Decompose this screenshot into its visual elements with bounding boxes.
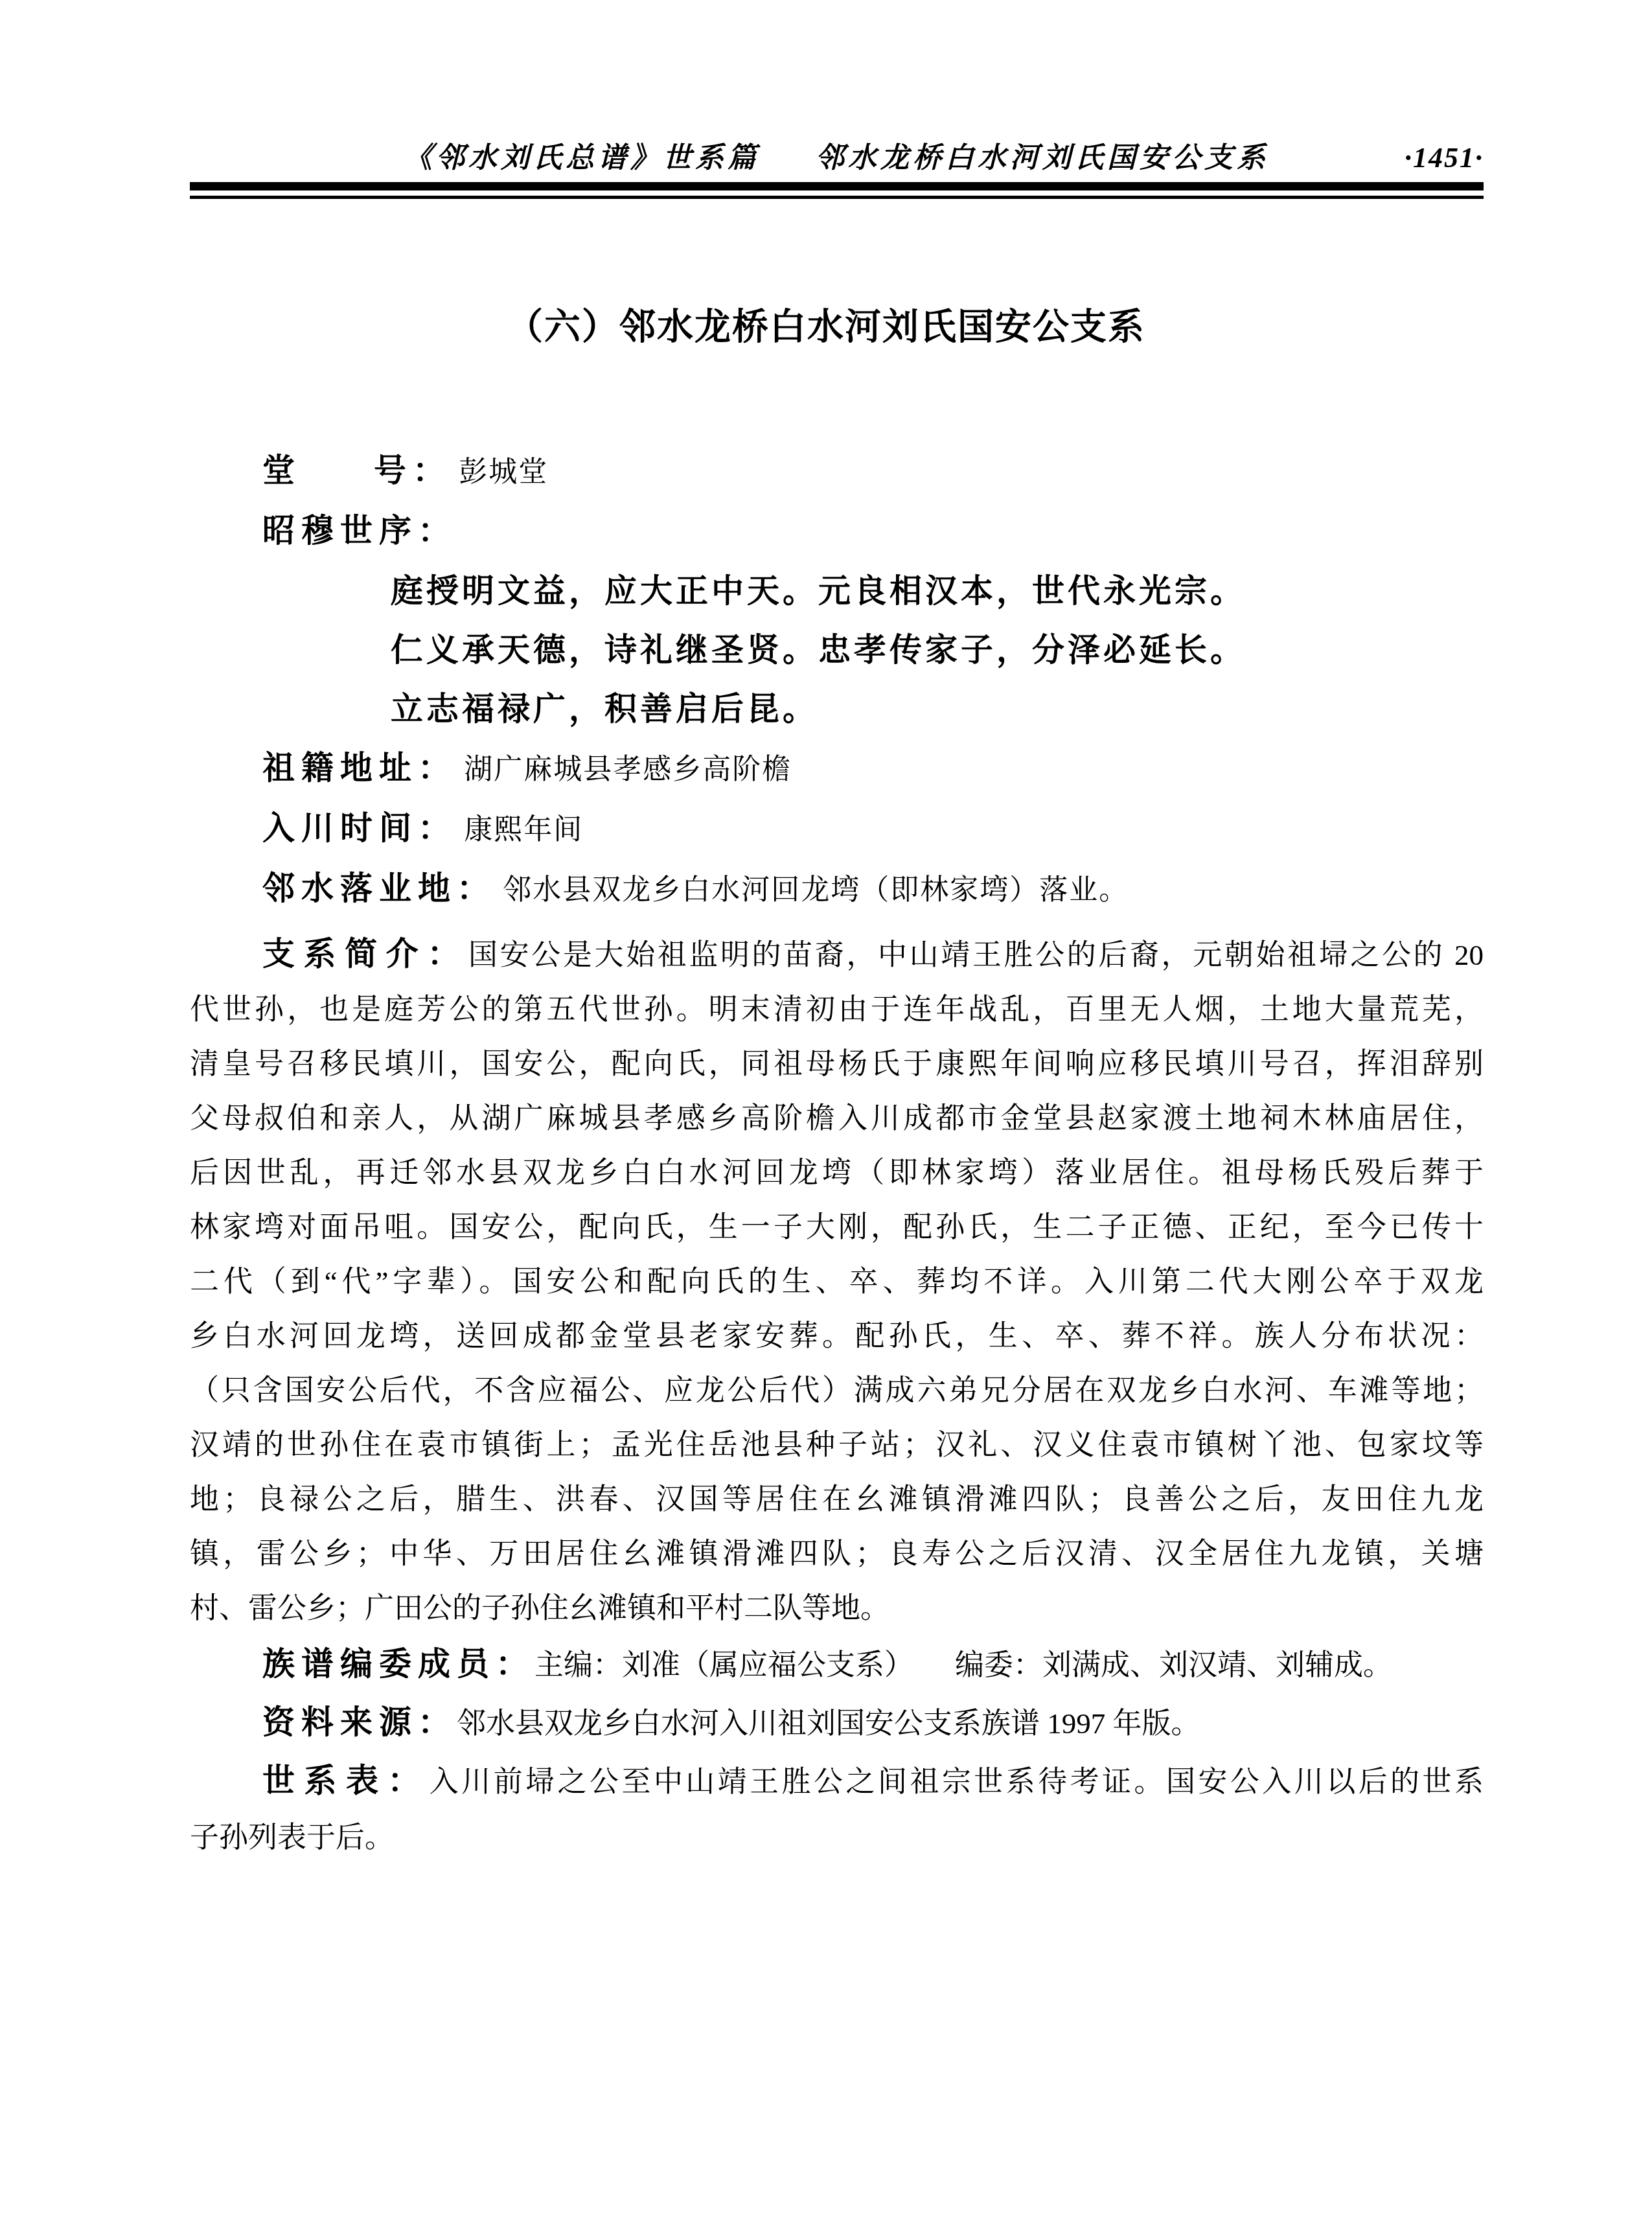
generation-poem-line: 仁义承天德，诗礼继圣贤。忠孝传家子，分泽必延长。 bbox=[190, 621, 1484, 680]
page-content: 堂号： 彭城堂 昭穆世序： 庭授明文益，应大正中天。元良相汉本，世代永光宗。 仁… bbox=[190, 441, 1484, 1865]
chapter-title: （六）邻水龙桥白水河刘氏国安公支系 bbox=[0, 308, 1652, 347]
intro-line: 林家塆对面吊咀。国安公，配向氏，生一子大刚，配孙氏，生二子正德、正纪，至今已传十 bbox=[190, 1200, 1484, 1254]
header-rule-thin bbox=[190, 196, 1484, 199]
entry-time-label: 入川时间： bbox=[262, 810, 457, 846]
intro-line: 汉靖的世孙住在袁市镇街上；孟光住岳池县种子站；汉礼、汉义住袁市镇树丫池、包家坟等 bbox=[190, 1418, 1484, 1472]
editorial-committee-row: 族谱编委成员：主编：刘准（属应福公支系）编委：刘满成、刘汉靖、刘辅成。 bbox=[190, 1635, 1484, 1694]
branch-introduction-label: 支系简介： bbox=[262, 936, 468, 972]
intro-line: 后因世乱，再迁邻水县双龙乡白白水河回龙塆（即林家塆）落业居住。祖母杨氏殁后葬于 bbox=[190, 1146, 1484, 1200]
lineage-table-continuation: 子孙列表于后。 bbox=[190, 1810, 1484, 1865]
page-number: ·1451· bbox=[1405, 141, 1484, 175]
ancestral-address-label: 祖籍地址： bbox=[262, 750, 457, 786]
intro-line: 村、雷公乡；广田公的子孙住幺滩镇和平村二队等地。 bbox=[190, 1581, 1484, 1635]
lineage-table-text: 入川前埽之公至中山靖王胜公之间祖宗世系待考证。国安公入川以后的世系 bbox=[430, 1766, 1484, 1798]
generation-order-label: 昭穆世序： bbox=[262, 513, 457, 549]
hall-name-label-left: 堂 bbox=[262, 441, 301, 500]
settlement-value: 邻水县双龙乡白水河回龙塆（即林家塆）落业。 bbox=[503, 874, 1129, 906]
intro-line: 二代（到“代”字辈）。国安公和配向氏的生、卒、葬均不详。入川第二代大刚公卒于双龙 bbox=[190, 1254, 1484, 1309]
branch-introduction: 支系简介：国安公是大始祖监明的苗裔，中山靖王胜公的后裔，元朝始祖埽之公的 20 … bbox=[190, 927, 1484, 1635]
data-source-text: 邻水县双龙乡白水河入川祖刘国安公支系族谱 1997 年版。 bbox=[457, 1707, 1200, 1740]
intro-line: （只含国安公后代，不含应福公、应龙公后代）满成六弟兄分居在双龙乡白水河、车滩等地… bbox=[190, 1363, 1484, 1418]
intro-line: 清皇号召移民填川，国安公，配向氏，同祖母杨氏于康熙年间响应移民填川号召，挥泪辞别 bbox=[190, 1037, 1484, 1091]
hall-name-row: 堂号： 彭城堂 bbox=[190, 441, 1484, 502]
chief-editor-text: 主编：刘准（属应福公支系） bbox=[534, 1649, 913, 1681]
ancestral-address-row: 祖籍地址： 湖广麻城县孝感乡高阶檐 bbox=[190, 739, 1484, 799]
committee-members-text: 编委：刘满成、刘汉靖、刘辅成。 bbox=[955, 1649, 1392, 1681]
entry-time-value: 康熙年间 bbox=[464, 814, 583, 846]
intro-line: 父母叔伯和亲人，从湖广麻城县孝感乡高阶檐入川成都市金堂县赵家渡土地祠木林庙居住， bbox=[190, 1091, 1484, 1146]
intro-line-text: 国安公是大始祖监明的苗裔，中山靖王胜公的后裔，元朝始祖埽之公的 20 bbox=[468, 939, 1484, 971]
intro-line: 支系简介：国安公是大始祖监明的苗裔，中山靖王胜公的后裔，元朝始祖埽之公的 20 bbox=[190, 927, 1484, 982]
lineage-table-row: 世系表：入川前埽之公至中山靖王胜公之间祖宗世系待考证。国安公入川以后的世系 bbox=[190, 1752, 1484, 1810]
hall-name-colon: ： bbox=[413, 452, 452, 489]
book-title: 《邻水刘氏总谱》世系篇 bbox=[404, 141, 760, 175]
hall-name-label-right: 号 bbox=[374, 441, 413, 500]
data-source-row: 资料来源：邻水县双龙乡白水河入川祖刘国安公支系族谱 1997 年版。 bbox=[190, 1694, 1484, 1752]
intro-line: 地；良禄公之后，腊生、洪春、汉国等居住在幺滩镇滑滩四队；良善公之后，友田住九龙 bbox=[190, 1472, 1484, 1527]
intro-line: 乡白水河回龙塆，送回成都金堂县老家安葬。配孙氏，生、卒、葬不祥。族人分布状况： bbox=[190, 1309, 1484, 1363]
settlement-label: 邻水落业地： bbox=[262, 870, 496, 906]
generation-poem-line: 庭授明文益，应大正中天。元良相汉本，世代永光宗。 bbox=[190, 562, 1484, 621]
lineage-table-label: 世系表： bbox=[262, 1762, 430, 1799]
generation-order-row: 昭穆世序： bbox=[190, 502, 1484, 562]
header-rule-thick bbox=[190, 182, 1484, 190]
data-source-label: 资料来源： bbox=[262, 1704, 457, 1740]
running-head: 《邻水刘氏总谱》世系篇 邻水龙桥白水河刘氏国安公支系 ·1451· bbox=[190, 141, 1484, 175]
entry-time-row: 入川时间： 康熙年间 bbox=[190, 799, 1484, 859]
intro-line: 代世孙，也是庭芳公的第五代世孙。明末清初由于连年战乱，百里无人烟，土地大量荒芜， bbox=[190, 982, 1484, 1037]
intro-line: 镇，雷公乡；中华、万田居住幺滩镇滑滩四队；良寿公之后汉清、汉全居住九龙镇，关塘 bbox=[190, 1527, 1484, 1581]
editorial-committee-label: 族谱编委成员： bbox=[262, 1646, 534, 1682]
ancestral-address-value: 湖广麻城县孝感乡高阶檐 bbox=[464, 754, 792, 785]
genealogy-book-page: 《邻水刘氏总谱》世系篇 邻水龙桥白水河刘氏国安公支系 ·1451· （六）邻水龙… bbox=[0, 0, 1652, 2227]
hall-name-label: 堂号 bbox=[262, 441, 413, 500]
settlement-row: 邻水落业地： 邻水县双龙乡白水河回龙塆（即林家塆）落业。 bbox=[190, 859, 1484, 919]
generation-poem-line: 立志福禄广，积善启后昆。 bbox=[190, 680, 1484, 739]
header-section-title: 邻水龙桥白水河刘氏国安公支系 bbox=[816, 141, 1269, 175]
hall-name-value: 彭城堂 bbox=[459, 456, 548, 488]
